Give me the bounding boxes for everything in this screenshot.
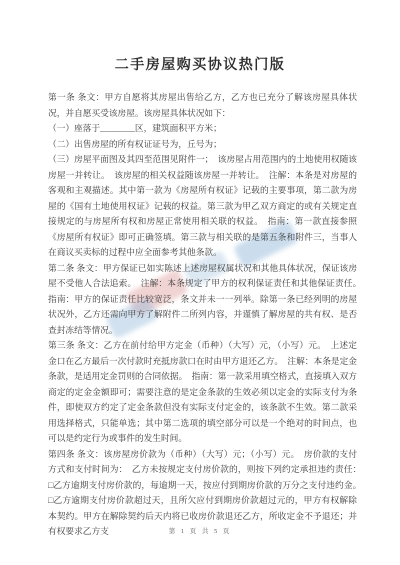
clause-3-text: 第三条 条文：乙方在前付给甲方定金（币种）（大写）元，（小写）元。 上述定金口在… bbox=[48, 338, 357, 447]
document-page: 二手房屋购买协议热门版 第一条 条文：甲方自愿将其房屋出售给乙方，乙方也已充分了… bbox=[0, 0, 400, 565]
clause-2-text: 第二条 条文：甲方保证已如实陈述上述房屋权属状况和其他具体状况，保证该房屋不受他… bbox=[48, 261, 357, 339]
clause-1-text: 第一条 条文：甲方自愿将其房屋出售给乙方，乙方也已充分了解该房屋具体状况，并自愿… bbox=[48, 90, 357, 121]
clause-1-item-1: （一）座落于________区，建筑面积平方米； bbox=[48, 121, 357, 137]
document-body: 第一条 条文：甲方自愿将其房屋出售给乙方，乙方也已充分了解该房屋具体状况，并自愿… bbox=[48, 90, 357, 540]
clause-1-item-3: （三）房屋平面图及其四至范围见附件一； 该房屋占用范围内的土地使用权随该房屋一并… bbox=[48, 152, 357, 261]
clause-1-item-2: （二）出售房屋的所有权证证号为，丘号为； bbox=[48, 137, 357, 153]
page-number: 第 1 页 共 5 页 bbox=[0, 526, 400, 535]
document-title: 二手房屋购买协议热门版 bbox=[0, 54, 400, 74]
